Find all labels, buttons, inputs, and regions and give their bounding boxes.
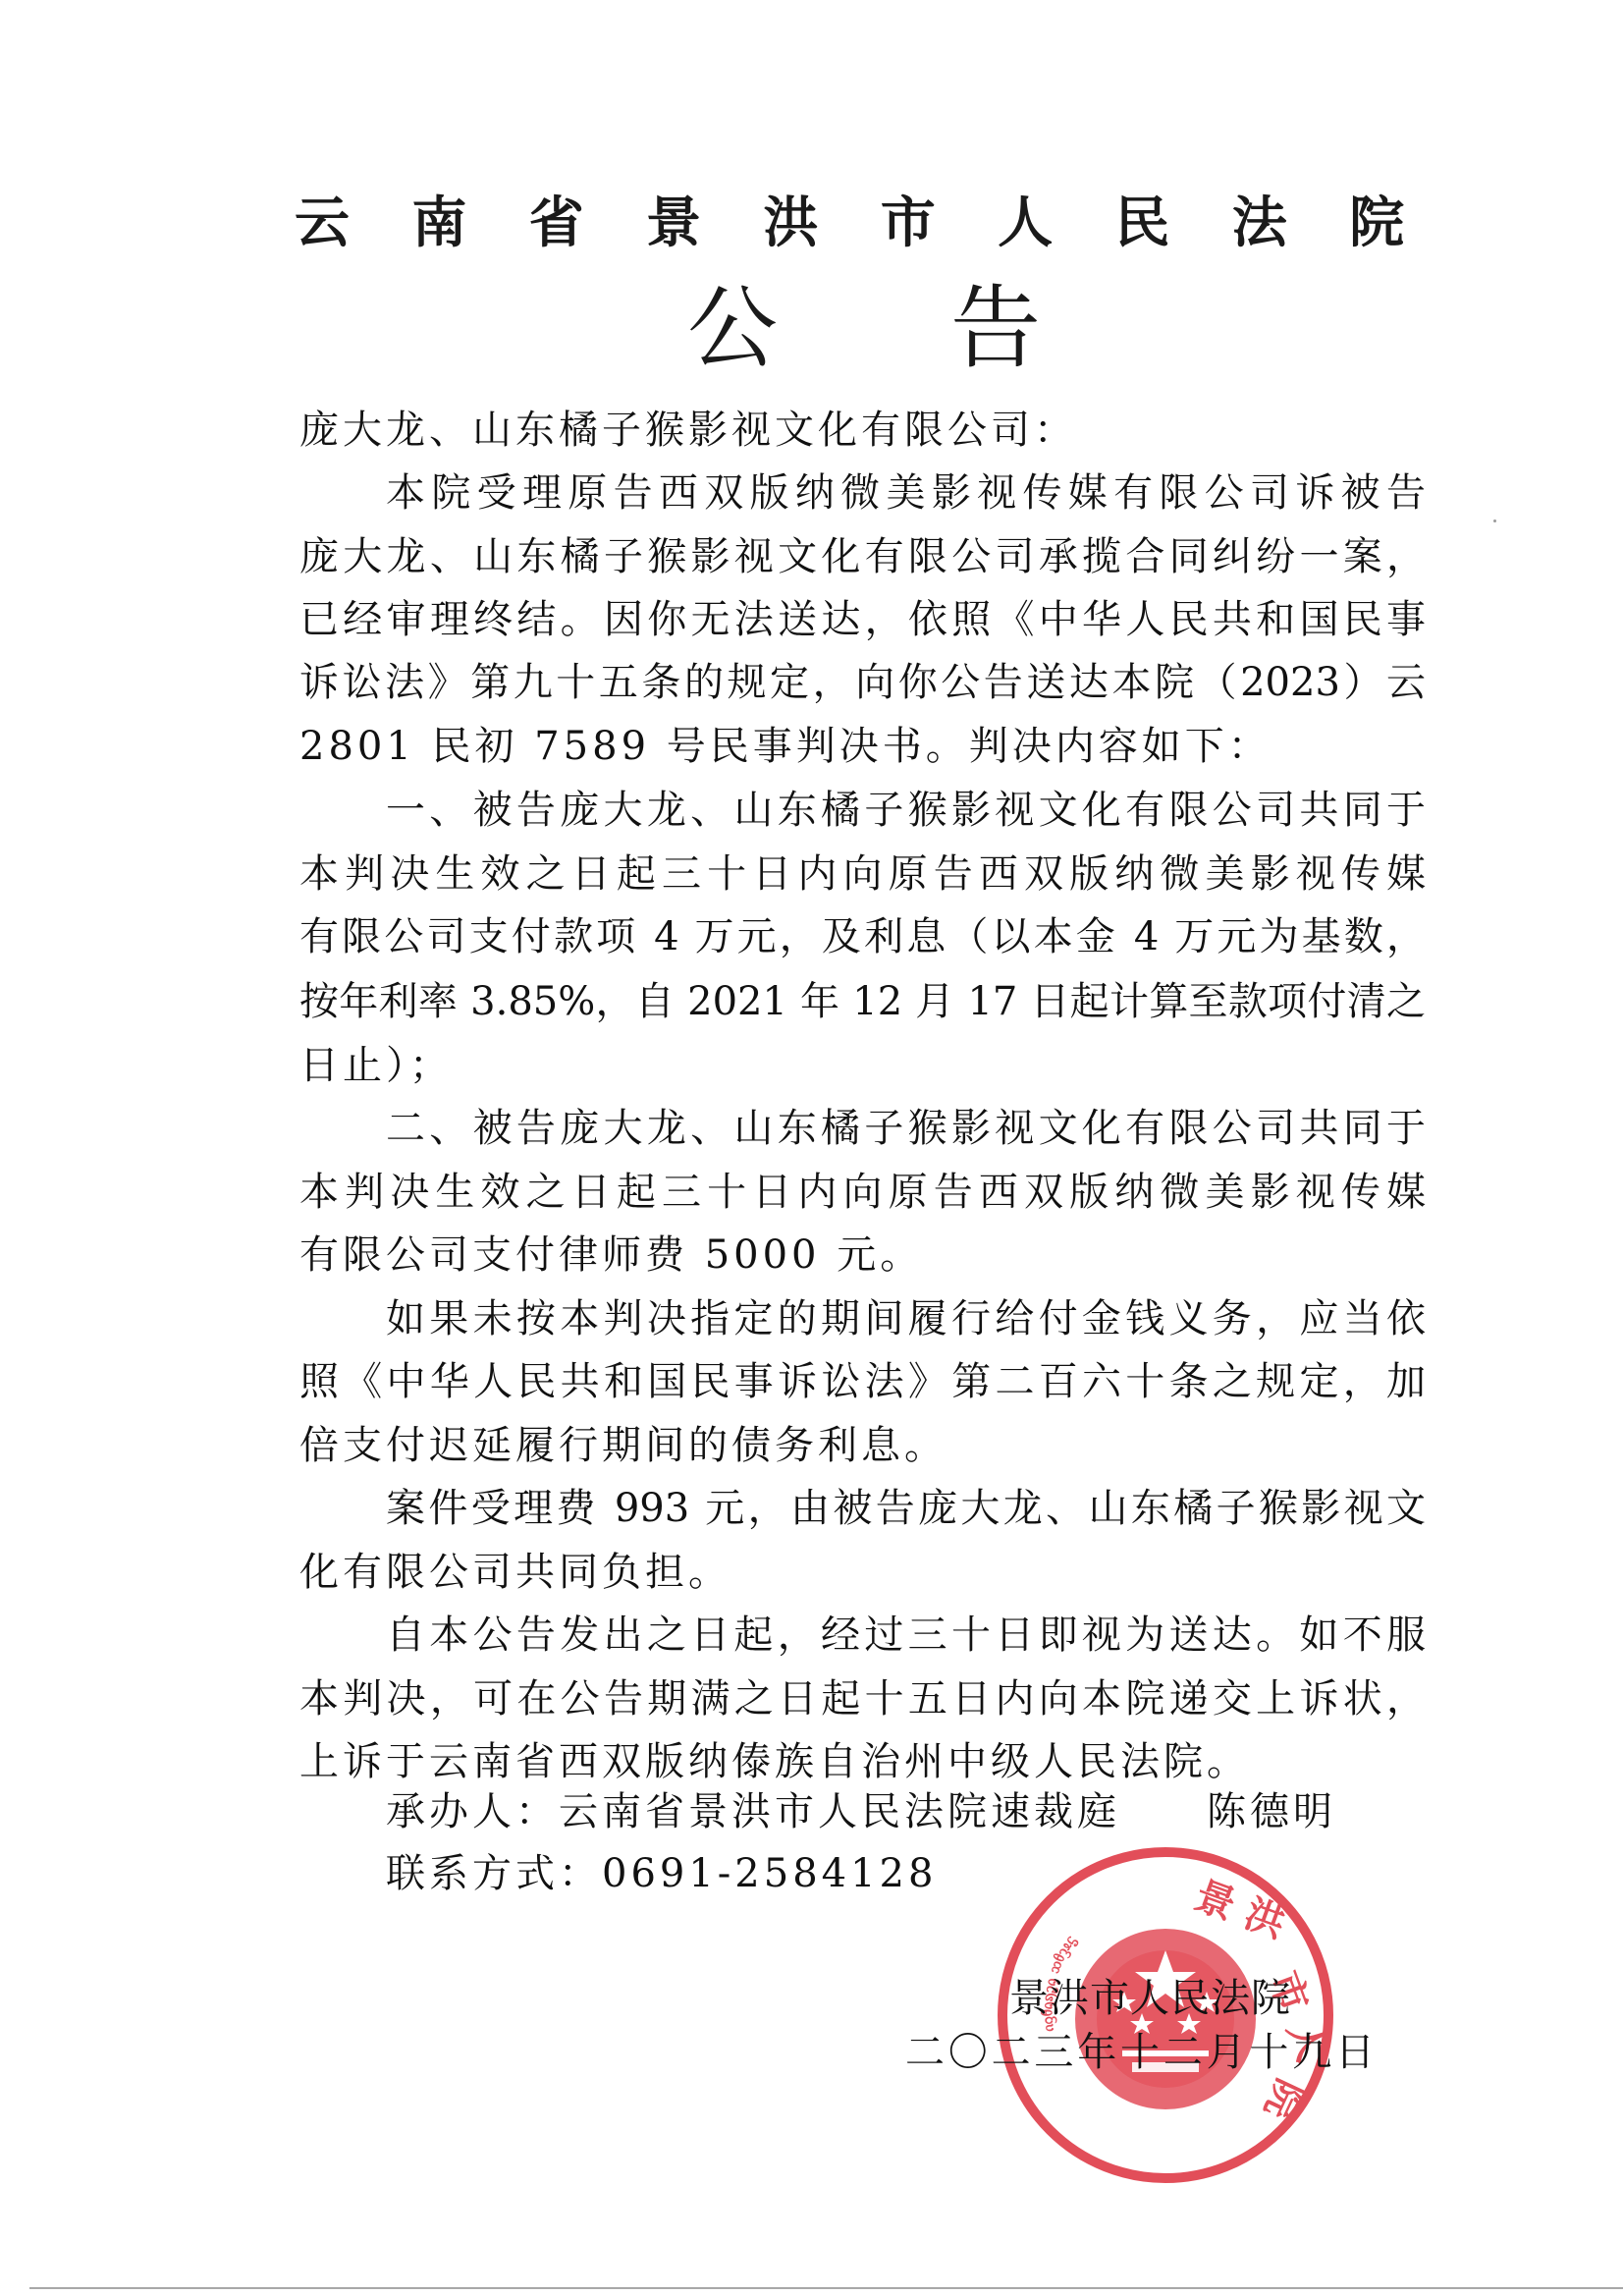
body-line: 倍支付迟延履行期间的债务利息。: [299, 1421, 1426, 1470]
court-name-char: 洪: [763, 189, 818, 259]
handler-line: 承办人：云南省景洪市人民法院速裁庭 陈德明: [386, 1787, 1368, 1836]
signature-date: 二〇二三年十二月十九日: [905, 2028, 1375, 2077]
case-fee-line: 案件受理费 993 元，由被告庞大龙、山东橘子猴影视文: [386, 1484, 1426, 1533]
body-line: 按年利率 3.85%，自 2021 年 12 月 17 日起计算至款项付清之: [299, 977, 1426, 1026]
court-name-char: 南: [411, 189, 466, 259]
body-line: 自本公告发出之日起，经过三十日即视为送达。如不服: [386, 1611, 1426, 1660]
court-name-char: 市: [881, 189, 936, 259]
court-name-char: 省: [529, 189, 584, 259]
court-name-char: 景: [646, 189, 701, 259]
judgment-item-2-line: 二、被告庞大龙、山东橘子猴影视文化有限公司共同于: [386, 1104, 1426, 1153]
body-line: 诉讼法》第九十五条的规定，向你公告送达本院（2023）云: [299, 658, 1426, 707]
body-line: 如果未按本判决指定的期间履行给付金钱义务，应当依: [386, 1294, 1426, 1343]
court-notice-page: 云 南 省 景 洪 市 人 民 法 院 公 告 庞大龙、山东橘子猴影视文化有限公…: [0, 0, 1623, 2296]
body-line: 日止）；: [299, 1041, 1426, 1090]
body-line: 已经审理终结。因你无法送达，依照《中华人民共和国民事: [299, 595, 1426, 644]
body-line: 本判决，可在公告期满之日起十五日内向本院递交上诉状，: [299, 1674, 1426, 1723]
addressee-line: 庞大龙、山东橘子猴影视文化有限公司：: [299, 406, 1426, 455]
body-line: 本院受理原告西双版纳微美影视传媒有限公司诉被告: [386, 468, 1426, 518]
scan-bottom-edge: [29, 2287, 1623, 2289]
court-name-char: 院: [1349, 189, 1404, 259]
scan-speck: [1493, 519, 1496, 522]
body-line: 有限公司支付款项 4 万元，及利息（以本金 4 万元为基数，: [299, 912, 1426, 961]
court-name-char: 法: [1232, 189, 1287, 259]
notice-title: 公 告: [687, 275, 1041, 383]
svg-text:院: 院: [1255, 2072, 1313, 2127]
notice-title-char: 告: [950, 275, 1041, 383]
court-name-char: 民: [1114, 189, 1169, 259]
body-line: 本判决生效之日起三十日内向原告西双版纳微美影视传媒: [299, 1168, 1426, 1217]
court-name-char: 人: [998, 189, 1053, 259]
court-name-char: 云: [295, 189, 350, 259]
body-line: 本判决生效之日起三十日内向原告西双版纳微美影视传媒: [299, 849, 1426, 899]
body-line: 有限公司支付律师费 5000 元。: [299, 1230, 1426, 1280]
svg-text:景 洪: 景 洪: [1189, 1873, 1291, 1946]
notice-title-char: 公: [687, 275, 778, 383]
body-line: 2801 民初 7589 号民事判决书。判决内容如下：: [299, 722, 1426, 771]
judgment-item-1-line: 一、被告庞大龙、山东橘子猴影视文化有限公司共同于: [386, 786, 1426, 835]
signature-court-name: 景洪市人民法院: [1009, 1974, 1320, 2023]
body-line: 庞大龙、山东橘子猴影视文化有限公司承揽合同纠纷一案，: [299, 532, 1426, 581]
appeal-court-line: 上诉于云南省西双版纳傣族自治州中级人民法院。: [299, 1737, 1426, 1786]
court-name-heading: 云 南 省 景 洪 市 人 民 法 院: [295, 189, 1404, 259]
body-line: 照《中华人民共和国民事诉讼法》第二百六十条之规定，加: [299, 1357, 1426, 1406]
body-line: 化有限公司共同负担。: [299, 1548, 1426, 1597]
